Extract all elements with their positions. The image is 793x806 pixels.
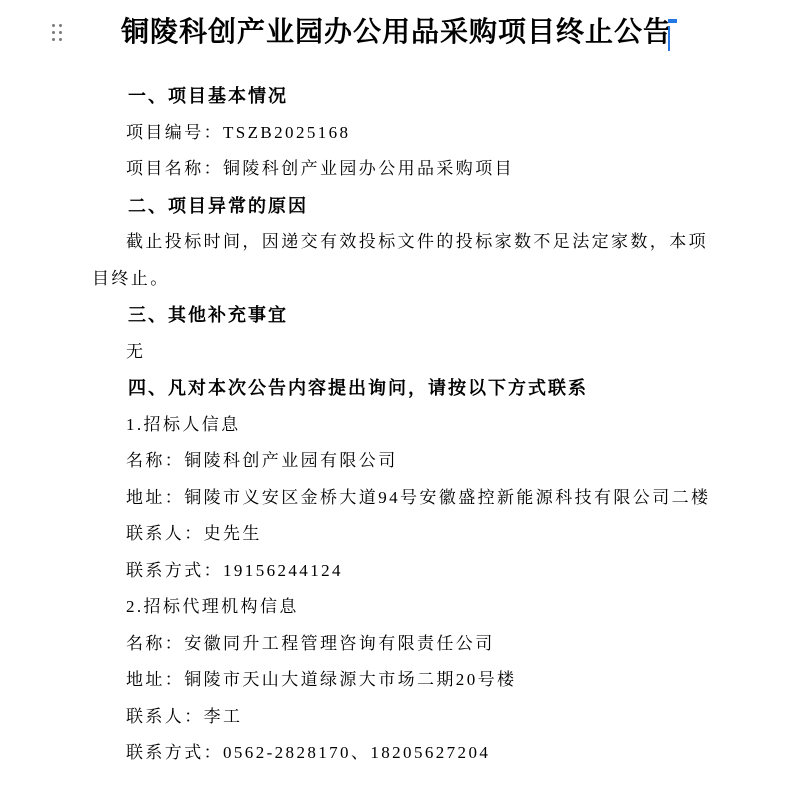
paragraph: 项目名称：铜陵科创产业园办公用品采购项目 bbox=[92, 151, 722, 188]
paragraph: 联系人：李工 bbox=[92, 699, 722, 736]
document-body: 一、项目基本情况项目编号：TSZB2025168项目名称：铜陵科创产业园办公用品… bbox=[92, 78, 722, 772]
section-heading: 四、凡对本次公告内容提出询问，请按以下方式联系 bbox=[92, 370, 722, 407]
paragraph: 名称：安徽同升工程管理咨询有限责任公司 bbox=[92, 626, 722, 663]
section-heading: 一、项目基本情况 bbox=[92, 78, 722, 115]
collab-cursor-caret bbox=[668, 26, 670, 51]
paragraph: 联系方式：19156244124 bbox=[92, 553, 722, 590]
document-page: 铜陵科创产业园办公用品采购项目终止公告 一、项目基本情况项目编号：TSZB202… bbox=[0, 0, 793, 806]
section-heading: 三、其他补充事宜 bbox=[92, 297, 722, 334]
paragraph: 地址：铜陵市义安区金桥大道94号安徽盛控新能源科技有限公司二楼 bbox=[92, 480, 722, 517]
paragraph: 地址：铜陵市天山大道绿源大市场二期20号楼 bbox=[92, 662, 722, 699]
paragraph: 项目编号：TSZB2025168 bbox=[92, 115, 722, 152]
paragraph: 名称：铜陵科创产业园有限公司 bbox=[92, 443, 722, 480]
paragraph: 1.招标人信息 bbox=[92, 407, 722, 444]
paragraph: 联系人：史先生 bbox=[92, 516, 722, 553]
paragraph: 无 bbox=[92, 334, 722, 371]
section-heading: 二、项目异常的原因 bbox=[92, 188, 722, 225]
paragraph: 截止投标时间，因递交有效投标文件的投标家数不足法定家数，本项目终止。 bbox=[92, 224, 722, 297]
paragraph: 2.招标代理机构信息 bbox=[92, 589, 722, 626]
collab-cursor-flag-icon bbox=[668, 19, 677, 23]
paragraph: 联系方式：0562-2828170、18205627204 bbox=[92, 735, 722, 772]
